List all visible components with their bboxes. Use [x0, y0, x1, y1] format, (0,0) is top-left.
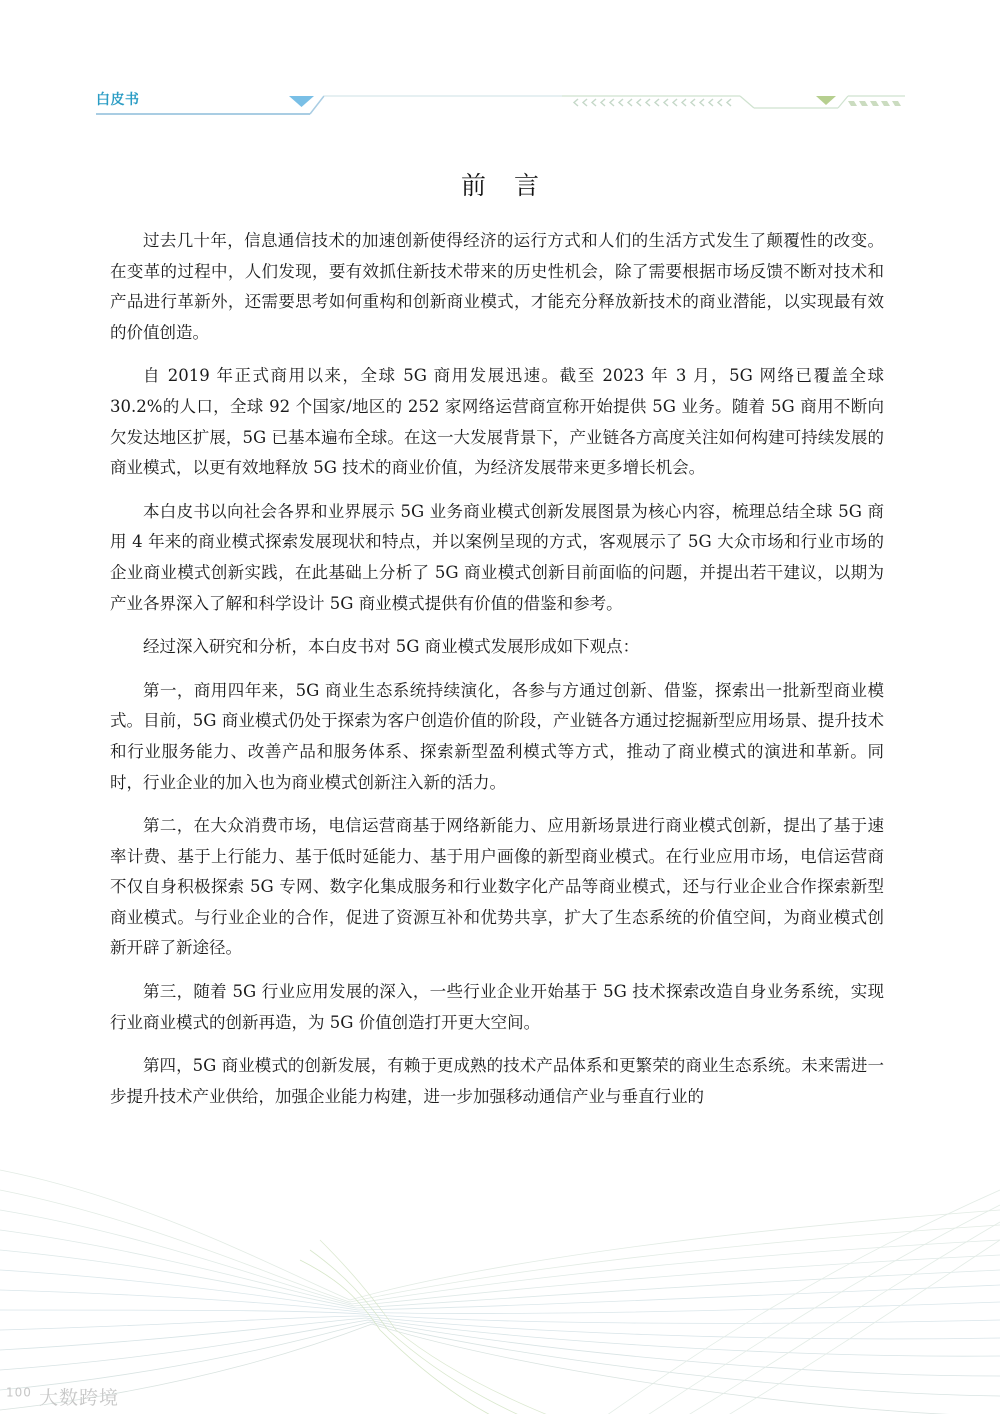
slash-pattern-icon	[848, 101, 901, 106]
watermark: 100 大数跨境	[6, 1383, 119, 1410]
paragraph-5g-status: 自 2019 年正式商用以来，全球 5G 商用发展迅速。截至 2023 年 3 …	[110, 361, 884, 483]
triangle-green-icon	[816, 96, 836, 105]
wave-lines-decoration	[0, 1130, 1000, 1414]
paragraph-viewpoints-intro: 经过深入研究和分析，本白皮书对 5G 商业模式发展形成如下观点：	[110, 632, 884, 663]
paragraph-point-2: 第二，在大众消费市场，电信运营商基于网络新能力、应用新场景进行商业模式创新，提出…	[110, 811, 884, 964]
paragraph-whitepaper-scope: 本白皮书以向社会各界和业界展示 5G 业务商业模式创新发展图景为核心内容，梳理总…	[110, 497, 884, 619]
paragraph-point-3: 第三，随着 5G 行业应用发展的深入，一些行业企业开始基于 5G 技术探索改造自…	[110, 977, 884, 1038]
header-label: 白皮书	[96, 89, 140, 109]
body-text: 过去几十年，信息通信技术的加速创新使得经济的运行方式和人们的生活方式发生了颠覆性…	[110, 226, 884, 1125]
watermark-text: 大数跨境	[39, 1387, 119, 1409]
page-header: 白皮书	[0, 0, 1000, 130]
chevron-left-pattern-icon	[574, 99, 731, 106]
watermark-logo-icon: 100	[6, 1386, 32, 1400]
paragraph-intro: 过去几十年，信息通信技术的加速创新使得经济的运行方式和人们的生活方式发生了颠覆性…	[110, 226, 884, 348]
header-decoration	[0, 0, 1000, 130]
paragraph-point-4: 第四，5G 商业模式的创新发展，有赖于更成熟的技术产品体系和更繁荣的商业生态系统…	[110, 1051, 884, 1112]
page-title: 前言	[0, 166, 1000, 202]
triangle-blue-icon	[289, 96, 314, 107]
paragraph-point-1: 第一，商用四年来，5G 商业生态系统持续演化，各参与方通过创新、借鉴，探索出一批…	[110, 676, 884, 798]
